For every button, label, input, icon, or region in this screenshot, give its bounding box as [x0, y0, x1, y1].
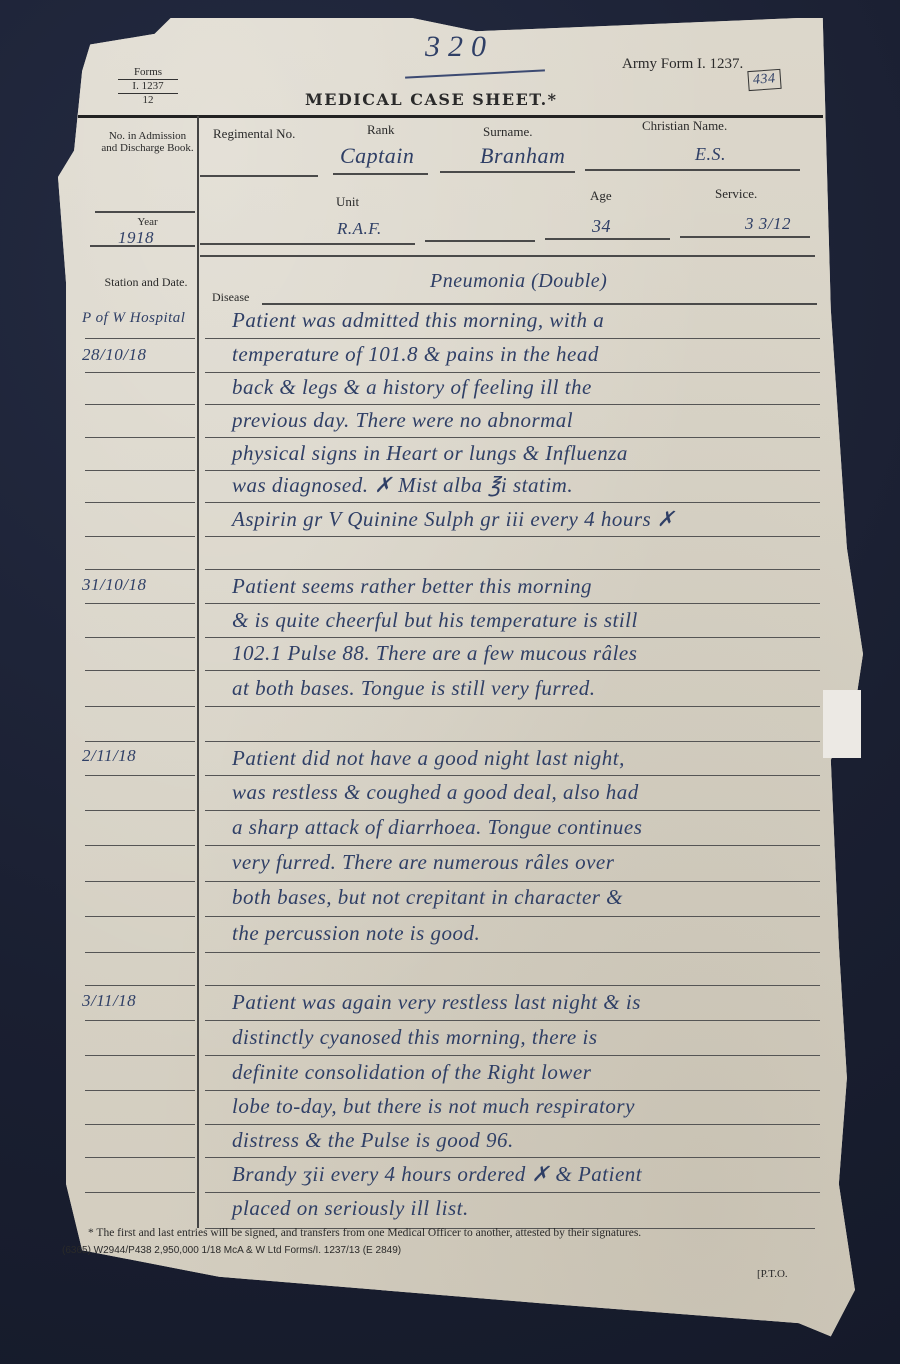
torn-paper-patch	[823, 690, 861, 758]
service-label: Service.	[715, 186, 757, 202]
entry-line: previous day. There were no abnormal	[232, 408, 573, 433]
entry-line: both bases, but not crepitant in charact…	[232, 885, 623, 910]
footnote: * The first and last entries will be sig…	[88, 1227, 641, 1239]
christian-name-field-line	[585, 169, 800, 171]
rank-value: Captain	[340, 143, 414, 169]
form-code: I. 1237	[118, 79, 178, 94]
divider	[95, 211, 195, 213]
entry-line: at both bases. Tongue is still very furr…	[232, 676, 596, 701]
entry-line: Patient was again very restless last nig…	[232, 990, 641, 1015]
disease-value: Pneumonia (Double)	[430, 270, 607, 293]
year-label: Year	[100, 216, 195, 228]
disease-label: Disease	[212, 290, 249, 305]
entry-line: a sharp attack of diarrhoea. Tongue cont…	[232, 815, 642, 840]
unit-field-line-2	[425, 240, 535, 242]
entry-line: was restless & coughed a good deal, also…	[232, 780, 639, 805]
disease-field-line	[262, 303, 817, 305]
unit-value: R.A.F.	[337, 219, 382, 239]
admission-label: No. in Admission and Discharge Book.	[100, 130, 195, 154]
unit-label: Unit	[336, 194, 359, 210]
column-divider	[197, 116, 199, 1228]
please-turn-over: [P.T.O.	[757, 1268, 788, 1280]
entry-line: back & legs & a history of feeling ill t…	[232, 375, 592, 400]
entry-line: placed on seriously ill list.	[232, 1196, 469, 1221]
header-bottom-line	[200, 255, 815, 257]
entry-line: was diagnosed. ✗ Mist alba ℥i statim.	[232, 473, 573, 498]
unit-field-line	[200, 243, 415, 245]
entry-date: 2/11/18	[82, 746, 136, 766]
station-date-label: Station and Date.	[100, 276, 192, 289]
christian-name-value: E.S.	[695, 144, 726, 165]
entry-line: & is quite cheerful but his temperature …	[232, 608, 638, 633]
christian-name-label: Christian Name.	[642, 118, 727, 134]
entry-line: definite consolidation of the Right lowe…	[232, 1060, 591, 1085]
entry-line: distinctly cyanosed this morning, there …	[232, 1025, 598, 1050]
surname-field-line	[440, 171, 575, 173]
regimental-no-field-line	[200, 175, 318, 177]
entry-line: distress & the Pulse is good 96.	[232, 1128, 514, 1153]
entry-line: Brandy ʒii every 4 hours ordered ✗ & Pat…	[232, 1162, 642, 1187]
age-label: Age	[590, 188, 612, 204]
entry-line: very furred. There are numerous râles ov…	[232, 850, 614, 875]
age-value: 34	[592, 216, 611, 237]
box-number: 434	[747, 69, 781, 91]
entry-station: P of W Hospital	[82, 310, 185, 327]
entry-line: the percussion note is good.	[232, 921, 480, 946]
entry-line: Patient seems rather better this morning	[232, 574, 592, 599]
service-value: 3 3/12	[745, 214, 791, 234]
entry-date: 3/11/18	[82, 991, 136, 1011]
form-sub: 12	[118, 94, 178, 107]
forms-label: Forms	[118, 66, 178, 79]
age-field-line	[545, 238, 670, 240]
entry-line: Aspirin gr V Quinine Sulph gr iii every …	[232, 507, 675, 532]
entry-line: Patient did not have a good night last n…	[232, 746, 625, 771]
entry-line: physical signs in Heart or lungs & Influ…	[232, 441, 628, 466]
rank-field-line	[333, 173, 428, 175]
service-field-line	[680, 236, 810, 238]
surname-value: Branham	[480, 143, 565, 169]
rank-label: Rank	[367, 122, 394, 138]
entry-line: temperature of 101.8 & pains in the head	[232, 342, 599, 367]
page-title: MEDICAL CASE SHEET.*	[305, 90, 558, 109]
entry-date: 28/10/18	[82, 345, 146, 365]
entry-line: Patient was admitted this morning, with …	[232, 308, 604, 333]
entry-line: 102.1 Pulse 88. There are a few mucous r…	[232, 641, 637, 666]
printer-imprint: (6365) W2944/P438 2,950,000 1/18 McA & W…	[62, 1245, 401, 1256]
form-number-block: Forms I. 1237 12	[118, 66, 178, 107]
entry-date: 31/10/18	[82, 575, 146, 595]
surname-label: Surname.	[483, 124, 532, 140]
regimental-no-label: Regimental No.	[213, 126, 295, 142]
entry-line: lobe to-day, but there is not much respi…	[232, 1094, 635, 1119]
divider	[90, 245, 195, 247]
army-form-label: Army Form I. 1237.	[622, 56, 743, 73]
page-number: 320	[425, 30, 494, 64]
